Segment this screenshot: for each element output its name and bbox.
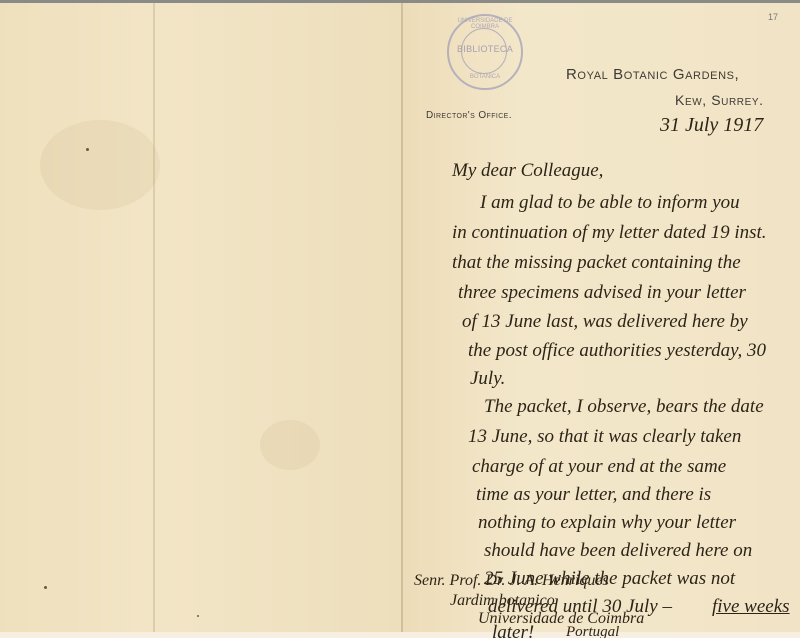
stamp-ring-text-top: UNIVERSIDADE DE COIMBRA bbox=[449, 18, 521, 30]
body-line: I am glad to be able to inform you bbox=[480, 192, 740, 214]
library-stamp: UNIVERSIDADE DE COIMBRA BIBLIOTECA BOTAN… bbox=[447, 14, 523, 90]
letterhead-office: Director's Office. bbox=[426, 110, 512, 121]
letterhead-institution: Royal Botanic Gardens, bbox=[566, 66, 739, 83]
body-line: that the missing packet containing the bbox=[452, 252, 741, 274]
paper-speck bbox=[44, 586, 47, 589]
body-line: nothing to explain why your letter bbox=[478, 512, 736, 534]
body-line: 13 June, so that it was clearly taken bbox=[468, 426, 741, 448]
scan-bottom-edge bbox=[0, 632, 800, 638]
body-line: of 13 June last, was delivered here by bbox=[462, 311, 748, 333]
paper-stain bbox=[260, 420, 320, 470]
body-line: in continuation of my letter dated 19 in… bbox=[452, 222, 767, 244]
body-line: should have been delivered here on bbox=[484, 540, 752, 562]
paper-stain bbox=[40, 120, 160, 210]
body-line: three specimens advised in your letter bbox=[458, 282, 746, 304]
letter-date: 31 July 1917 bbox=[660, 114, 763, 137]
salutation: My dear Colleague, bbox=[452, 160, 603, 182]
body-line: charge of at your end at the same bbox=[472, 456, 726, 478]
paper-fold-line bbox=[153, 3, 155, 635]
recipient-country: Portugal bbox=[566, 624, 619, 638]
folio-number: 17 bbox=[768, 12, 778, 22]
letterhead-location: Kew, Surrey. bbox=[675, 92, 764, 108]
stamp-center-text: BIBLIOTECA bbox=[449, 44, 521, 54]
underlined-emphasis: five weeks bbox=[712, 596, 790, 618]
stamp-ring-text-bottom: BOTANICA bbox=[449, 74, 521, 80]
body-line: The packet, I observe, bears the date bbox=[484, 396, 764, 418]
paper-speck bbox=[197, 615, 199, 617]
body-line: the post office authorities yesterday, 3… bbox=[468, 340, 766, 362]
body-line: time as your letter, and there is bbox=[476, 484, 711, 506]
recipient-name: Senr. Prof. Dr. J. A. Henriques bbox=[414, 572, 609, 590]
paper-speck bbox=[86, 148, 89, 151]
left-page-blank bbox=[0, 3, 402, 635]
page-gutter bbox=[401, 3, 403, 635]
recipient-address-line: Jardim botanico bbox=[450, 592, 555, 610]
body-line: July. bbox=[470, 368, 505, 390]
